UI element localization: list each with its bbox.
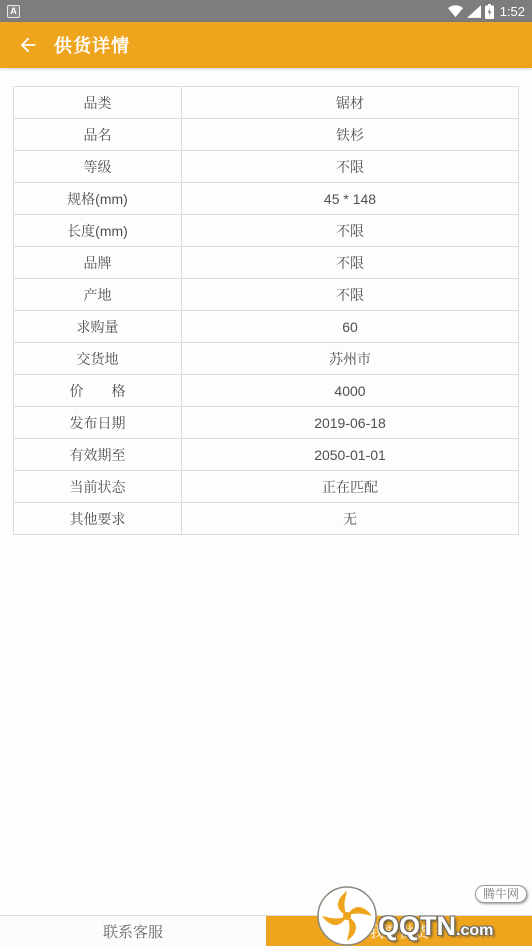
table-row: 品名铁杉 [14, 119, 519, 151]
app-bar: 供货详情 [0, 22, 532, 68]
cell-signal-icon [467, 5, 481, 18]
table-row: 当前状态正在匹配 [14, 471, 519, 503]
table-row: 其他要求无 [14, 503, 519, 535]
wifi-icon [448, 5, 463, 18]
row-label: 价 格 [14, 375, 182, 407]
row-label: 其他要求 [14, 503, 182, 535]
row-label: 品类 [14, 87, 182, 119]
row-value: 4000 [182, 375, 519, 407]
row-value: 不限 [182, 247, 519, 279]
table-row: 长度(mm)不限 [14, 215, 519, 247]
row-label: 品牌 [14, 247, 182, 279]
row-label: 发布日期 [14, 407, 182, 439]
row-value: 锯材 [182, 87, 519, 119]
page-title: 供货详情 [54, 32, 130, 58]
row-label: 有效期至 [14, 439, 182, 471]
table-row: 发布日期2019-06-18 [14, 407, 519, 439]
row-value: 不限 [182, 151, 519, 183]
row-label: 产地 [14, 279, 182, 311]
row-value: 正在匹配 [182, 471, 519, 503]
row-label: 长度(mm) [14, 215, 182, 247]
row-label: 当前状态 [14, 471, 182, 503]
row-value: 不限 [182, 279, 519, 311]
row-label: 等级 [14, 151, 182, 183]
supply-button[interactable]: 我要供货 [266, 916, 532, 946]
row-value: 无 [182, 503, 519, 535]
table-row: 规格(mm)45 * 148 [14, 183, 519, 215]
battery-charging-icon [485, 4, 494, 19]
row-value: 不限 [182, 215, 519, 247]
detail-table: 品类锯材 品名铁杉 等级不限 规格(mm)45 * 148 长度(mm)不限 品… [13, 86, 519, 535]
bottom-bar: 联系客服 我要供货 [0, 915, 532, 946]
table-row: 有效期至2050-01-01 [14, 439, 519, 471]
row-label: 求购量 [14, 311, 182, 343]
status-time: 1:52 [500, 4, 525, 19]
notification-app-icon: A [7, 5, 20, 18]
content-area: 品类锯材 品名铁杉 等级不限 规格(mm)45 * 148 长度(mm)不限 品… [0, 68, 532, 915]
status-bar: A 1:52 [0, 0, 532, 22]
row-value: 45 * 148 [182, 183, 519, 215]
row-value: 2050-01-01 [182, 439, 519, 471]
row-value: 2019-06-18 [182, 407, 519, 439]
row-label: 品名 [14, 119, 182, 151]
notification-app-letter: A [10, 7, 17, 16]
table-row: 品类锯材 [14, 87, 519, 119]
row-label: 交货地 [14, 343, 182, 375]
supply-button-label: 我要供货 [369, 921, 429, 942]
row-value: 铁杉 [182, 119, 519, 151]
table-row: 价 格4000 [14, 375, 519, 407]
app-screen: A 1:52 供货详情 品类锯材 [0, 0, 532, 946]
status-bar-right: 1:52 [448, 4, 525, 19]
row-value: 60 [182, 311, 519, 343]
row-label: 规格(mm) [14, 183, 182, 215]
table-row: 求购量60 [14, 311, 519, 343]
back-arrow-icon[interactable] [16, 33, 40, 57]
table-row: 等级不限 [14, 151, 519, 183]
table-row: 交货地苏州市 [14, 343, 519, 375]
contact-service-label: 联系客服 [103, 921, 163, 942]
table-row: 品牌不限 [14, 247, 519, 279]
row-value: 苏州市 [182, 343, 519, 375]
contact-service-button[interactable]: 联系客服 [0, 916, 266, 946]
table-row: 产地不限 [14, 279, 519, 311]
